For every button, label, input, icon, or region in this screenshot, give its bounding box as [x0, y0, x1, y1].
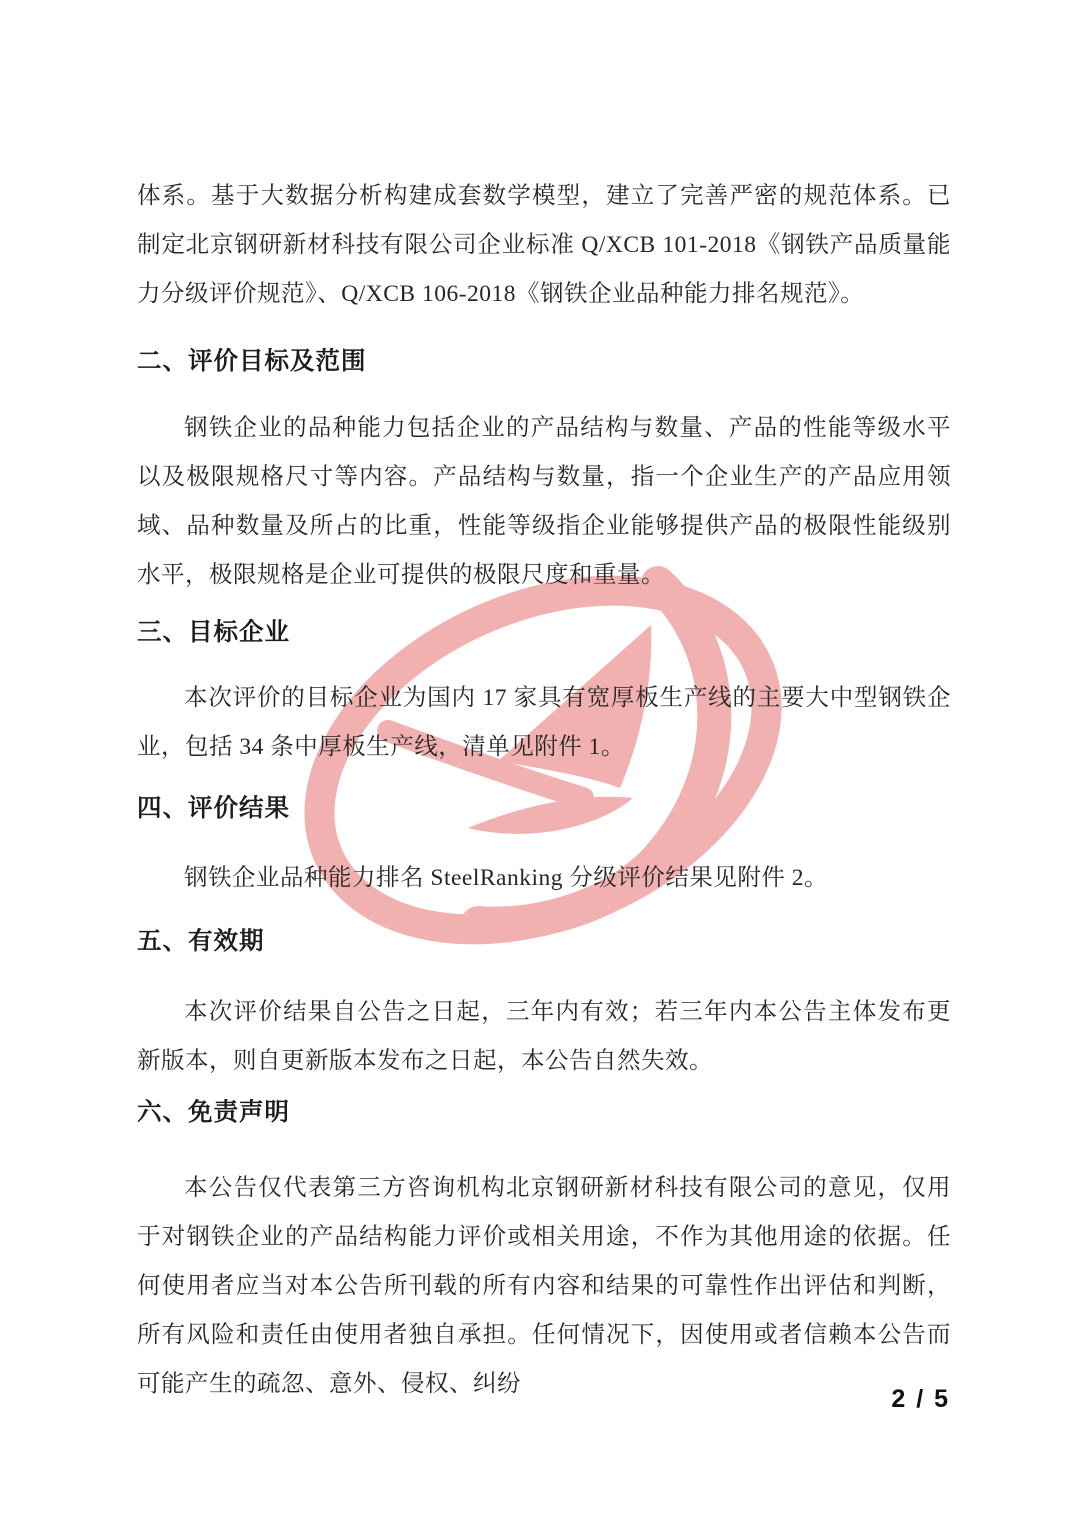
section-paragraph: 本公告仅代表第三方咨询机构北京钢研新材科技有限公司的意见，仅用于对钢铁企业的产品…	[137, 1164, 951, 1409]
page-number: 2 / 5	[891, 1385, 950, 1414]
section-heading: 二、评价目标及范围	[137, 345, 951, 379]
section-heading: 三、目标企业	[137, 616, 951, 650]
section-heading: 五、有效期	[137, 925, 951, 959]
section-disclaimer: 六、免责声明 本公告仅代表第三方咨询机构北京钢研新材科技有限公司的意见，仅用于对…	[137, 1096, 951, 1409]
intro-paragraph: 体系。基于大数据分析构建成套数学模型，建立了完善严密的规范体系。已制定北京钢研新…	[137, 172, 951, 319]
document-body: 体系。基于大数据分析构建成套数学模型，建立了完善严密的规范体系。已制定北京钢研新…	[137, 172, 951, 1409]
section-paragraph: 钢铁企业品种能力排名 SteelRanking 分级评价结果见附件 2。	[137, 854, 951, 903]
section-target-companies: 三、目标企业 本次评价的目标企业为国内 17 家具有宽厚板生产线的主要大中型钢铁…	[137, 616, 951, 772]
section-paragraph: 钢铁企业的品种能力包括企业的产品结构与数量、产品的性能等级水平以及极限规格尺寸等…	[137, 404, 951, 600]
section-paragraph: 本次评价的目标企业为国内 17 家具有宽厚板生产线的主要大中型钢铁企业，包括 3…	[137, 674, 951, 772]
document-page: 体系。基于大数据分析构建成套数学模型，建立了完善严密的规范体系。已制定北京钢研新…	[0, 0, 1080, 1526]
section-validity-period: 五、有效期 本次评价结果自公告之日起，三年内有效；若三年内本公告主体发布更新版本…	[137, 925, 951, 1086]
section-heading: 四、评价结果	[137, 792, 951, 826]
section-evaluation-results: 四、评价结果 钢铁企业品种能力排名 SteelRanking 分级评价结果见附件…	[137, 792, 951, 903]
section-paragraph: 本次评价结果自公告之日起，三年内有效；若三年内本公告主体发布更新版本，则自更新版…	[137, 988, 951, 1086]
section-heading: 六、免责声明	[137, 1096, 951, 1130]
section-evaluation-scope: 二、评价目标及范围 钢铁企业的品种能力包括企业的产品结构与数量、产品的性能等级水…	[137, 345, 951, 600]
